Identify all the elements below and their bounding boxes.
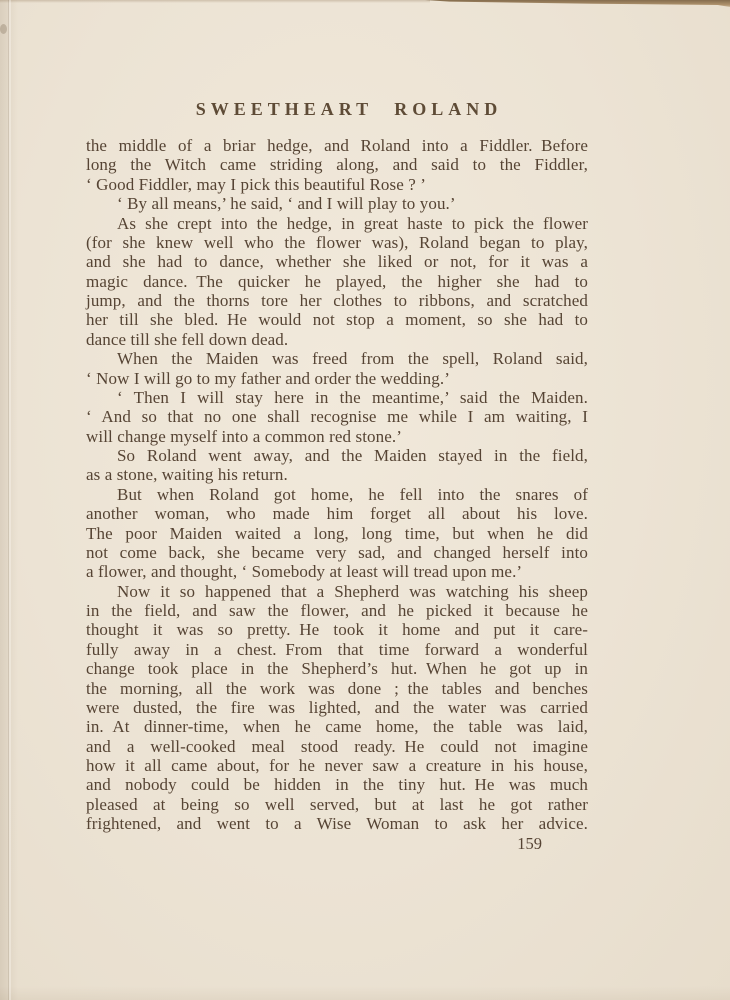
text-line: ‘ Now I will go to my father and order t… [86,369,588,388]
text-line: and a well-cooked meal stood ready. He c… [86,737,588,756]
text-line: the morning, all the work was done ; the… [86,679,588,698]
text-line: in the field, and saw the flower, and he… [86,601,588,620]
text-line: how it all came about, for he never saw … [86,756,588,775]
text-line: her till she bled. He would not stop a m… [86,310,588,329]
text-line: When the Maiden was freed from the spell… [86,349,588,368]
text-line: the middle of a briar hedge, and Roland … [86,136,588,155]
page-title: SWEETHEART ROLAND [98,100,600,118]
text-line: (for she knew well who the flower was), … [86,233,588,252]
text-line: thought it was so pretty. He took it hom… [86,620,588,639]
text-line: will change myself into a common red sto… [86,427,588,446]
text-line: a flower, and thought, ‘ Somebody at lea… [86,562,588,581]
paper-blemish [0,24,7,34]
text-line: The poor Maiden waited a long, long time… [86,524,588,543]
left-crease-highlight [9,0,11,1000]
text-line: pleased at being so well served, but at … [86,795,588,814]
text-line: fully away in a chest. From that time fo… [86,640,588,659]
text-line: as a stone, waiting his return. [86,465,588,484]
text-column: SWEETHEART ROLAND the middle of a briar … [86,0,588,853]
text-line: Now it so happened that a Shepherd was w… [86,582,588,601]
text-line: ‘ By all means,’ he said, ‘ and I will p… [86,194,588,213]
text-line: ‘ Good Fiddler, may I pick this beautifu… [86,175,588,194]
text-line: and nobody could be hidden in the tiny h… [86,775,588,794]
text-line: magic dance. The quicker he played, the … [86,272,588,291]
text-line: another woman, who made him forget all a… [86,504,588,523]
text-line: But when Roland got home, he fell into t… [86,485,588,504]
text-line: dance till she fell down dead. [86,330,588,349]
text-line: ‘ And so that no one shall recognise me … [86,407,588,426]
text-line: As she crept into the hedge, in great ha… [86,214,588,233]
text-line: ‘ Then I will stay here in the meantime,… [86,388,588,407]
story-text: the middle of a briar hedge, and Roland … [86,136,588,834]
book-page: SWEETHEART ROLAND the middle of a briar … [0,0,730,1000]
text-line: were dusted, the fire was lighted, and t… [86,698,588,717]
text-line: and she had to dance, whether she liked … [86,252,588,271]
page-number: 159 [86,834,588,853]
text-line: not come back, she became very sad, and … [86,543,588,562]
text-line: So Roland went away, and the Maiden stay… [86,446,588,465]
text-line: in. At dinner-time, when he came home, t… [86,717,588,736]
text-line: long the Witch came striding along, and … [86,155,588,174]
text-line: change took place in the Shepherd’s hut.… [86,659,588,678]
text-line: jump, and the thorns tore her clothes to… [86,291,588,310]
text-line: frightened, and went to a Wise Woman to … [86,814,588,833]
